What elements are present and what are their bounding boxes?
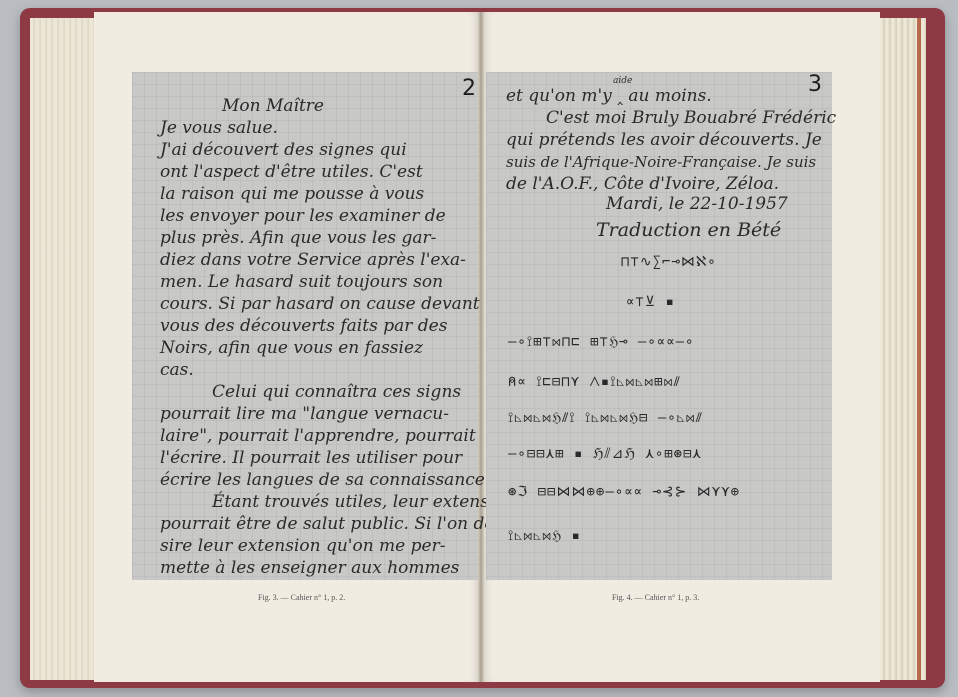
handwritten-line: suis de l'Afrique-Noire-Française. Je su… [506,150,816,174]
handwritten-line: ont l'aspect d'être utiles. C'est [160,160,423,184]
page-number: 3 [808,72,822,97]
handwritten-line: plus près. Afin que vous les gar- [160,226,436,250]
handwritten-line: diez dans votre Service après l'exa- [160,248,466,272]
figure-caption-left: Fig. 3. — Cahier n° 1, p. 2. [258,593,345,602]
book-gutter [478,12,484,682]
handwritten-line: Étant trouvés utiles, leur extension [212,490,516,514]
handwritten-line: écrire les langues de sa connaissance. [160,468,490,492]
handwritten-line: Celui qui connaîtra ces signs [212,380,461,404]
bete-glyph-row: ∝⊤⊻ ▪ [626,294,675,310]
handwritten-line: l'écrire. Il pourrait les utiliser pour [160,446,462,470]
handwritten-line: Je vous salue. [160,116,278,140]
handwritten-line: les envoyer pour les examiner de [160,204,446,228]
handwritten-line: cours. Si par hasard on cause devant [160,292,480,316]
handwritten-line: cas. [160,358,194,382]
handwritten-line: sire leur extension qu'on me per- [160,534,445,558]
handwritten-line: pourrait lire ma "langue vernacu- [160,402,449,426]
page-number: 2 [462,76,476,101]
bete-glyph-row: ⟟⊾⋈⊾⋈ℌ⫽⟟ ⟟⊾⋈⊾⋈ℌ⊟ —∘⊾⋈⫽ [508,410,703,426]
right-manuscript-plate: 3 aide et qu'on m'y ‸ au moins. C'est mo… [486,72,832,580]
bete-glyph-row: —∘⟟⊞⊤⋈⊓⊏ ⊞⊤ℌ⊸ —∘∝∝—∘ [508,334,695,350]
handwritten-line: qui prétends les avoir découverts. Je [506,128,822,152]
handwritten-line: J'ai découvert des signes qui [160,138,407,162]
handwritten-line: laire", pourrait l'apprendre, pourrait [160,424,476,448]
handwritten-line: Mon Maître [222,94,324,118]
handwritten-line: vous des découverts faits par des [160,314,447,338]
bete-glyph-row: ⍝∝ ⟟⊏⊟⊓⋎ ⋀▪⟟⊾⋈⊾⋈⊞⋈⫽ [508,374,681,390]
handwritten-line: Noirs, afin que vous en fassiez [160,336,423,360]
handwritten-line: mette à les enseigner aux hommes [160,556,459,580]
left-manuscript-plate: 2 Mon Maître Je vous salue. J'ai découve… [132,72,478,580]
figure-caption-right: Fig. 4. — Cahier n° 1, p. 3. [612,593,699,602]
page-stack-left [30,18,96,680]
bete-glyph-row: ⊓⊤∿∑⌐⊸⋈ℵ∘ [621,254,717,270]
handwritten-line: men. Le hasard suit toujours son [160,270,443,294]
handwritten-line: et qu'on m'y ‸ au moins. [506,84,712,108]
handwritten-line: la raison qui me pousse à vous [160,182,424,206]
bete-glyph-row: ⊛ℑ ⊟⊟⋈⋈⊕⊕—∘∝∝ ⊸⊰⊱ ⋈⋎⋎⊕ [508,484,740,500]
page-edge-stain [917,18,921,680]
handwritten-line: pourrait être de salut public. Si l'on d… [160,512,500,536]
bete-glyph-row: ⟟⊾⋈⊾⋈ℌ ▪ [508,528,581,544]
translation-heading: Traduction en Bété [596,218,781,242]
date-line: Mardi, le 22-10-1957 [606,192,788,216]
bete-glyph-row: —∘⊟⊟⋏⊞ ▪ ℌ⫽⊿ℌ ⋏∘⊞⊛⊟⋏ [508,446,702,462]
handwritten-line: C'est moi Bruly Bouabré Frédéric [546,106,836,130]
